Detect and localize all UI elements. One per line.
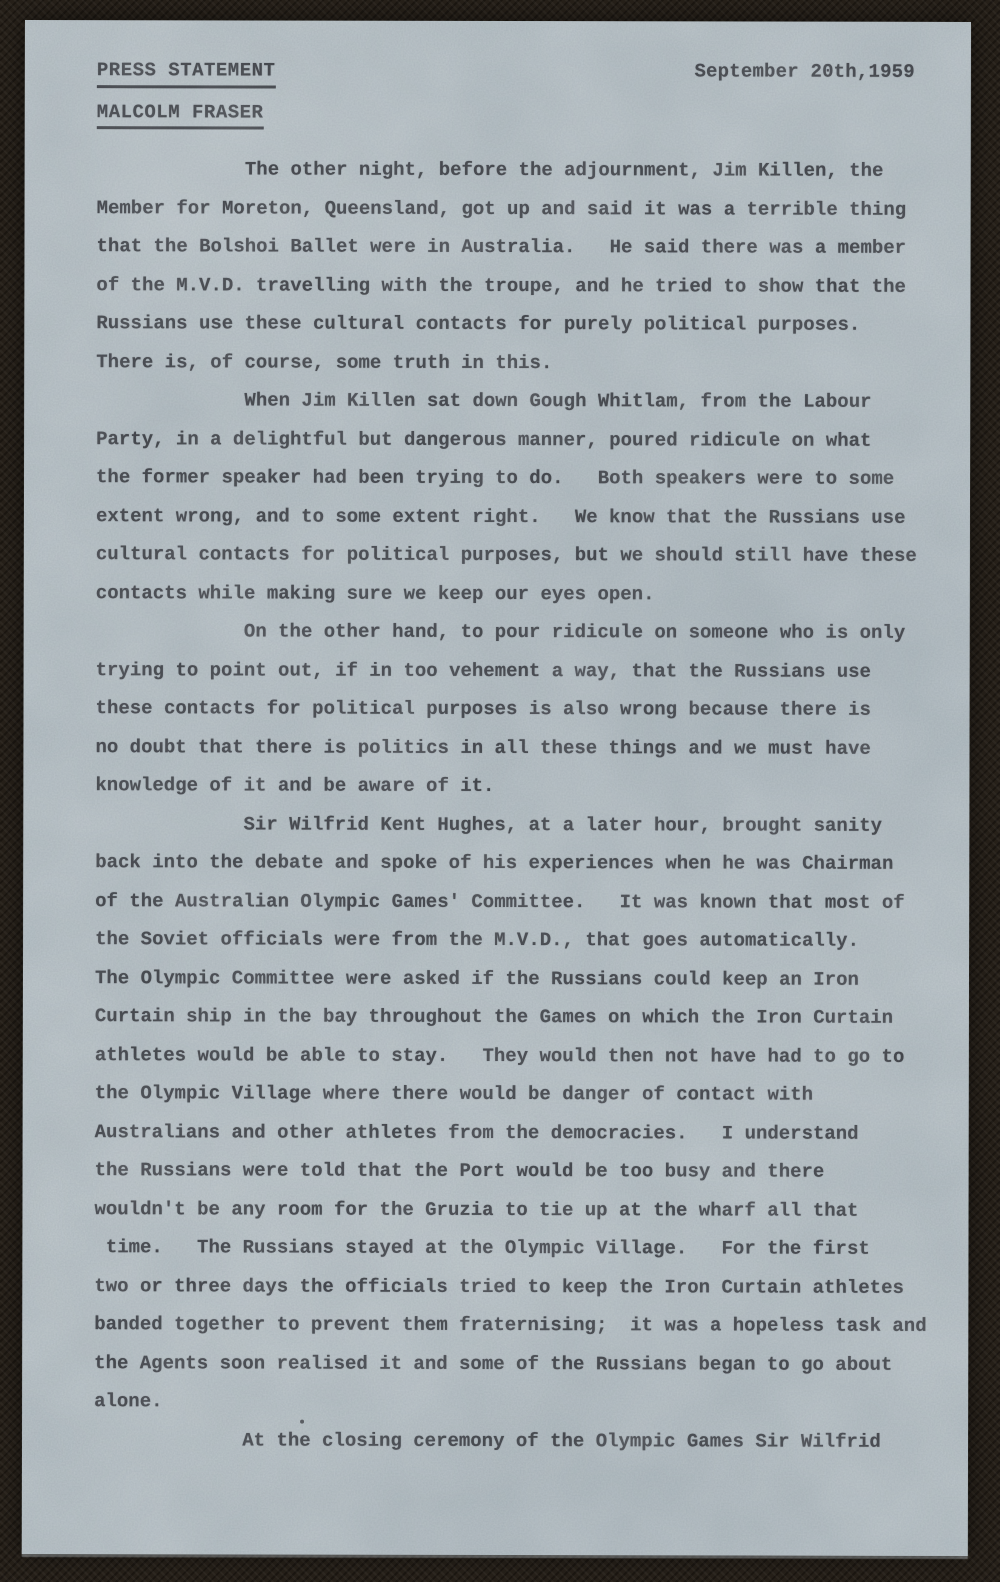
- text-line: these contacts for political purposes is…: [96, 689, 970, 729]
- text-line: trying to point out, if in too vehement …: [96, 651, 970, 691]
- paper-sheet: PRESS STATEMENT September 20th,1959 MALC…: [22, 20, 971, 1556]
- text-line: time. The Russians stayed at the Olympic…: [94, 1228, 968, 1268]
- text-line: the Agents soon realised it and some of …: [94, 1344, 968, 1384]
- text-line: Member for Moreton, Queensland, got up a…: [97, 189, 971, 229]
- text-line: Australians and other athletes from the …: [95, 1113, 969, 1153]
- paragraph: On the other hand, to pour ridicule on s…: [95, 612, 969, 806]
- statement-date: September 20th,1959: [694, 59, 914, 83]
- text-line: When Jim Killen sat down Gough Whitlam, …: [96, 381, 970, 421]
- text-line: Russians use these cultural contacts for…: [96, 304, 970, 344]
- text-line: the Olympic Village where there would be…: [95, 1074, 969, 1114]
- text-line: The other night, before the adjournment,…: [97, 150, 971, 190]
- text-line: athletes would be able to stay. They wou…: [95, 1036, 969, 1076]
- photo-background: PRESS STATEMENT September 20th,1959 MALC…: [0, 0, 1000, 1582]
- text-line: the Russians were told that the Port wou…: [95, 1151, 969, 1191]
- text-line: There is, of course, some truth in this.: [96, 343, 970, 383]
- typed-content: PRESS STATEMENT September 20th,1959 MALC…: [22, 20, 971, 1461]
- text-line: the Soviet officials were from the M.V.D…: [95, 920, 969, 960]
- text-line: no doubt that there is politics in all t…: [95, 728, 969, 768]
- author-row: MALCOLM FRASER: [97, 100, 971, 126]
- text-line: At the closing ceremony of the Olympic G…: [94, 1421, 968, 1461]
- text-line: the former speaker had been trying to do…: [96, 458, 970, 498]
- text-line: The Olympic Committee were asked if the …: [95, 959, 969, 999]
- text-line: wouldn't be any room for the Gruzia to t…: [94, 1190, 968, 1230]
- text-line: Sir Wilfrid Kent Hughes, at a later hour…: [95, 805, 969, 845]
- document-body: The other night, before the adjournment,…: [94, 150, 971, 1461]
- text-line: back into the debate and spoke of his ex…: [95, 843, 969, 883]
- paragraph: At the closing ceremony of the Olympic G…: [94, 1421, 968, 1461]
- paragraph: Sir Wilfrid Kent Hughes, at a later hour…: [94, 805, 969, 1423]
- text-line: Curtain ship in the bay throughout the G…: [95, 997, 969, 1037]
- text-line: that the Bolshoi Ballet were in Australi…: [96, 227, 970, 267]
- paragraph: When Jim Killen sat down Gough Whitlam, …: [96, 381, 970, 614]
- press-statement-title: PRESS STATEMENT: [97, 58, 276, 88]
- text-line: alone.: [94, 1382, 968, 1422]
- text-line: banded together to prevent them fraterni…: [94, 1305, 968, 1345]
- text-line: On the other hand, to pour ridicule on s…: [96, 612, 970, 652]
- text-line: contacts while making sure we keep our e…: [96, 574, 970, 614]
- header-row: PRESS STATEMENT September 20th,1959: [97, 58, 915, 90]
- author-name: MALCOLM FRASER: [97, 101, 264, 129]
- paragraph: The other night, before the adjournment,…: [96, 150, 970, 383]
- text-line: of the Australian Olympic Games' Committ…: [95, 882, 969, 922]
- text-line: Party, in a delightful but dangerous man…: [96, 420, 970, 460]
- ink-speck: [300, 1420, 304, 1424]
- text-line: knowledge of it and be aware of it.: [95, 766, 969, 806]
- text-line: of the M.V.D. travelling with the troupe…: [96, 266, 970, 306]
- text-line: two or three days the officials tried to…: [94, 1267, 968, 1307]
- text-line: extent wrong, and to some extent right. …: [96, 497, 970, 537]
- text-line: cultural contacts for political purposes…: [96, 535, 970, 575]
